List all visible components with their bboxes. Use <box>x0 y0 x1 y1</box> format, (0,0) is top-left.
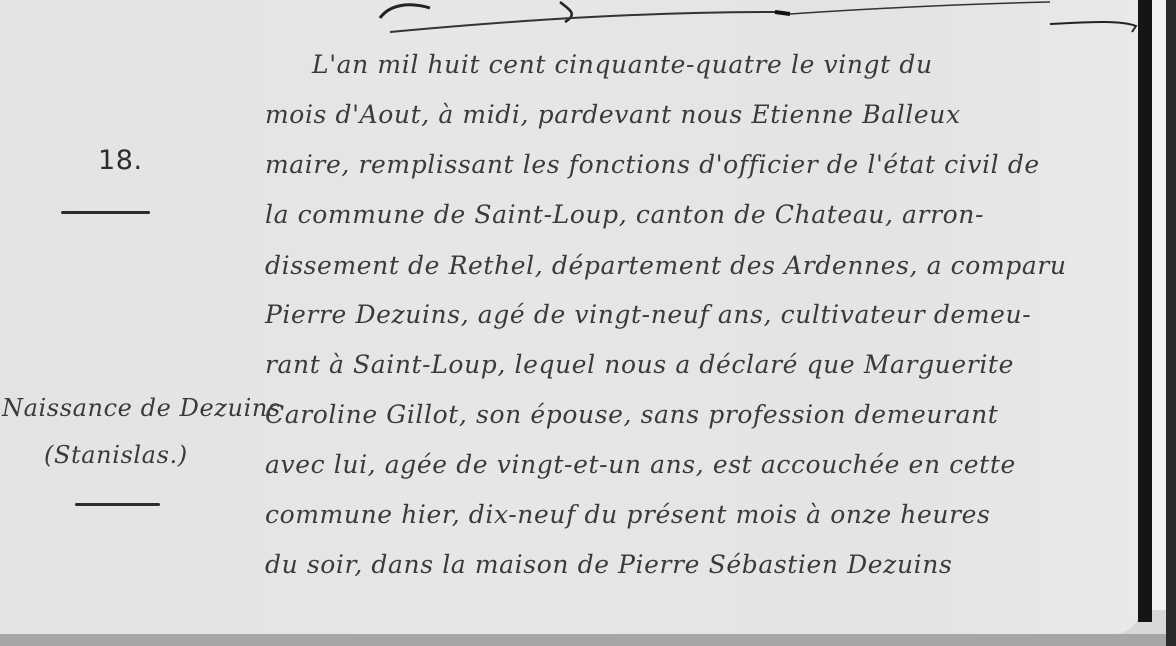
body-line-2: mois d'Aout, à midi, pardevant nous Etie… <box>265 100 961 129</box>
body-line-6: Pierre Dezuins, agé de vingt-neuf ans, c… <box>265 300 1031 329</box>
margin-rule-top <box>61 211 150 214</box>
body-line-11: du soir, dans la maison de Pierre Sébast… <box>265 550 952 579</box>
body-line-5: dissement de Rethel, département des Ard… <box>265 251 1067 280</box>
body-line-10: commune hier, dix-neuf du présent mois à… <box>265 500 990 529</box>
entry-title: Naissance de Dezuins <box>2 394 281 422</box>
binding-edge <box>1138 0 1152 622</box>
body-line-7: rant à Saint-Loup, lequel nous a déclaré… <box>265 350 1014 379</box>
body-line-4: la commune de Saint-Loup, canton de Chat… <box>265 200 984 229</box>
next-page-edge <box>1152 0 1166 610</box>
body-line-1: L'an mil huit cent cinquante-quatre le v… <box>312 50 933 79</box>
page-bottom-shadow <box>0 634 1166 646</box>
entry-subtitle: (Stanislas.) <box>44 441 188 469</box>
header-flourish <box>360 0 1140 40</box>
body-line-3: maire, remplissant les fonctions d'offic… <box>265 150 1040 179</box>
register-page: 18. Naissance de Dezuins (Stanislas.) L'… <box>0 0 1140 634</box>
body-line-9: avec lui, agée de vingt-et-un ans, est a… <box>265 450 1016 479</box>
entry-number: 18. <box>98 145 143 176</box>
body-line-8: Caroline Gillot, son épouse, sans profes… <box>265 400 998 429</box>
binding-shadow <box>1166 0 1176 646</box>
margin-rule-bottom <box>75 503 160 506</box>
